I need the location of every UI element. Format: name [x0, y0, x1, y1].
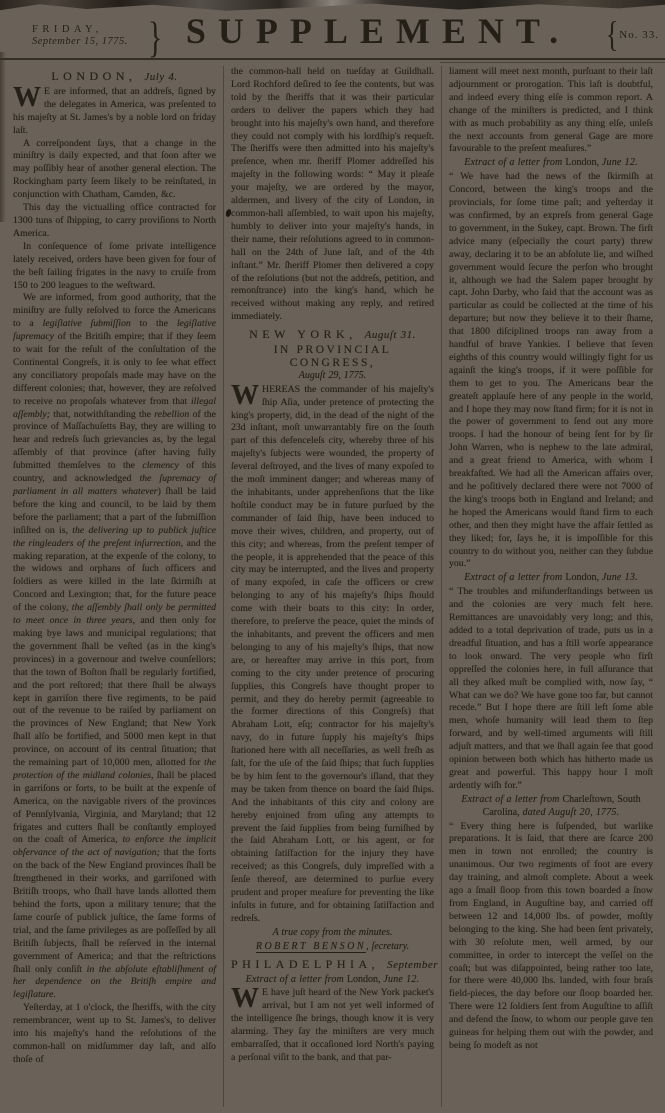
extract-heading: Extract of a letter from London, June 12… [449, 157, 653, 170]
paragraph: A correſpondent ſays, that a change in t… [13, 138, 216, 203]
column-2: the common-hall held on tueſday at Guild… [224, 66, 442, 1107]
page-title: SUPPLEMENT. [168, 10, 588, 52]
masthead-day: FRIDAY, [32, 24, 128, 36]
extract-heading: Extract of a letter from Charleſtown, So… [449, 794, 653, 820]
paragraph: We are informed, from good authority, th… [13, 292, 216, 1002]
drop-cap: W [231, 384, 262, 407]
paragraph: This day the victualling office contract… [13, 202, 216, 241]
left-brace-glyph: } [148, 14, 162, 63]
paragraph: Yeſterday, at 1 o'clock, the ſheriffs, w… [13, 1002, 216, 1067]
paragraph: “ Every thing here is ſuſpended, but war… [449, 821, 653, 1053]
paragraph: In conſequence of ſome private intellige… [13, 241, 216, 293]
column-1: LONDON, July 4.WE are informed, that an … [6, 66, 224, 1107]
drop-cap: W [231, 987, 262, 1010]
paragraph: WHEREAS the commander of his majeſty's ſ… [231, 384, 434, 926]
attestation-line: A true copy from the minutes. [231, 927, 434, 940]
dateline-london: LONDON, July 4. [13, 70, 216, 84]
paragraph: WE are informed, that an addreſs, ſigned… [13, 86, 216, 138]
congress-heading: IN PROVINCIAL CONGRESS, [231, 344, 434, 370]
newspaper-page: FRIDAY, September 15, 1775. } SUPPLEMENT… [0, 0, 665, 1113]
masthead-rule [0, 58, 665, 60]
masthead: FRIDAY, September 15, 1775. } SUPPLEMENT… [0, 12, 665, 60]
masthead-date: September 15, 1775. [32, 36, 128, 48]
paragraph: the common-hall held on tueſday at Guild… [231, 66, 434, 324]
signature-line: ROBERT BENSON, ſecretary. [231, 941, 434, 954]
extract-heading: Extract of a letter from London, June 13… [449, 572, 653, 585]
masthead-rule-secondary [440, 62, 665, 63]
issue-number: No. 33. [619, 29, 659, 41]
masthead-issue-block: { No. 33. [606, 20, 659, 50]
page-left-edge-shadow [0, 52, 6, 222]
drop-cap: W [13, 86, 44, 109]
dateline-new-york: NEW YORK, Auguſt 31. [231, 328, 434, 342]
paragraph: liament will meet next month, purſuant t… [449, 66, 653, 156]
extract-heading: Extract of a letter from London, June 12… [231, 974, 434, 987]
paragraph: “ We have had the news of the ſkirmiſh a… [449, 171, 653, 571]
right-brace-glyph: { [606, 14, 618, 56]
paragraph: “ The troubles and miſunderſtandings bet… [449, 586, 653, 793]
column-3: liament will meet next month, purſuant t… [442, 66, 660, 1107]
paragraph: WE have juſt heard of the New York packe… [231, 987, 434, 1064]
article-columns: LONDON, July 4.WE are informed, that an … [6, 66, 660, 1107]
masthead-date-block: FRIDAY, September 15, 1775. [32, 24, 128, 48]
dateline: Auguſt 29, 1775. [231, 370, 434, 383]
dateline-philadelphia: PHILADELPHIA, September 4. [231, 958, 434, 972]
